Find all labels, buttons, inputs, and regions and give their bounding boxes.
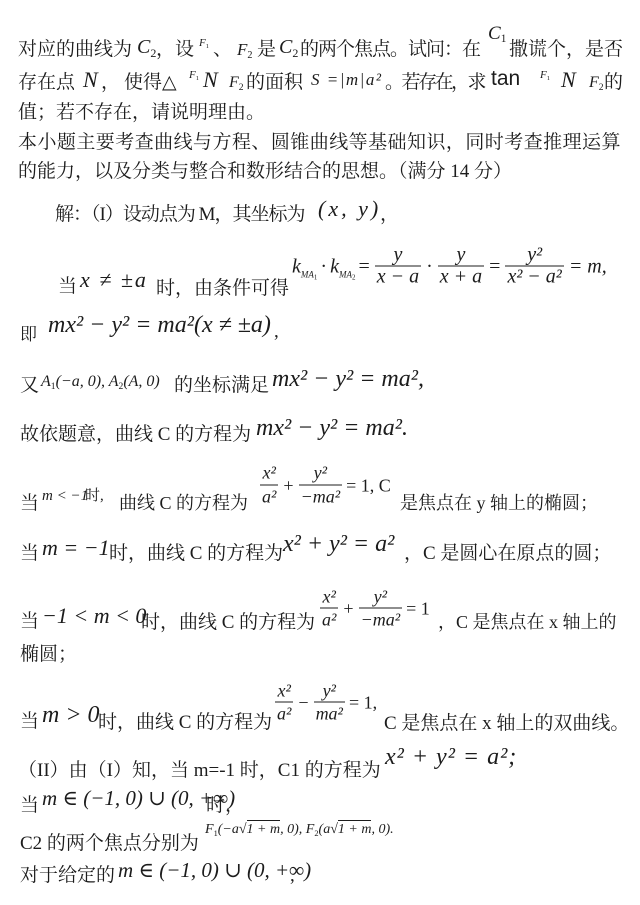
math-coordinate: (A, 0) [123,373,159,390]
solution-text: 曲线 C 的方程为 [119,494,248,512]
math-rhs: = 1 [406,599,430,617]
math-foci-coordinates: F1(−a√1 + m, 0), F2(a√1 + m, 0). [205,823,394,837]
math-fraction: x²a² [260,462,278,509]
math-coordinates: (x, y) [318,198,381,220]
problem-text: 对应的曲线为 [18,40,132,59]
math-subscript: 1 [196,75,199,82]
ellipse-equation: x²a² + y²−ma² = 1 [318,586,430,631]
math-base: F [199,37,206,49]
fraction-numerator: x² [260,462,278,486]
problem-text: 是 [257,40,276,59]
solution-part2-text: 对于给定的 [20,866,115,885]
scoring-note: 本小题主要考查曲线与方程、圆锥曲线等基础知识，同时考查推理运算 [18,133,621,152]
math-focus-f2: F2 [237,41,252,58]
math-point-n: N [203,69,218,91]
math-fraction: x²a² [275,680,293,725]
math-base: F [205,822,214,837]
math-focus-f1: F1 [199,38,209,49]
math-focus-f1: F1 [540,70,550,81]
math-fraction: yx + a [438,245,484,288]
fraction-denominator: −ma² [299,486,343,509]
math-rhs: = 1, [349,693,377,711]
math-base: k [330,255,339,277]
math-subscript: 2 [599,82,604,93]
math-equation: mx² − y² = ma². [256,416,408,440]
math-tan: tan [491,68,520,89]
fraction-denominator: −ma² [359,609,403,631]
math-circle-equation: x² + y² = a² [283,532,394,556]
math-subscript-index: 2 [352,273,356,281]
math-base: C [488,23,501,44]
problem-text: 的面积 [246,73,303,92]
hyperbola-equation: x²a² − y²ma² = 1, [273,680,377,725]
math-slope-ma1: kMA1 [292,256,317,276]
solution-text: 是焦点在 y 轴上的椭圆； [400,494,598,512]
solution-text: 椭圆； [20,645,77,664]
fraction-numerator: y² [314,680,345,703]
fraction-denominator: a² [260,486,278,509]
scoring-note: 的能力，以及分类与整合和数形结合的思想。（满分 14 分） [18,162,512,181]
math-subscript: 1 [206,43,209,50]
solution-part2-text: 时， [206,796,244,815]
fraction-numerator: y² [299,462,343,486]
math-condition: m = −1 [42,537,110,559]
solution-part2-text: 当 [20,796,39,815]
math-subscript: 2 [119,381,124,392]
fraction-denominator: x² − a² [505,267,563,288]
fraction-denominator: a² [275,703,293,725]
math-fraction: y²ma² [314,680,345,725]
math-curve-c2: C2 [279,37,298,57]
sqrt-icon: √ [239,822,247,837]
solution-part2-text: （II）由（I）知，当 m=-1 时，C1 的方程为 [18,761,381,780]
math-base: F [229,74,239,91]
problem-text: 的两个焦点。试问：在 [300,40,480,59]
solution-text: 时，曲线 C 的方程为 [98,713,272,732]
fraction-numerator: y² [359,586,403,609]
math-focus-f1: F1 [189,70,199,81]
fraction-denominator: x − a [375,267,421,288]
fraction-denominator: x + a [438,267,484,288]
fraction-numerator: x² [275,680,293,703]
math-subscript: MA [339,269,352,279]
math-point-n: N [561,69,576,91]
math-condition: x ≠ ±a [80,269,148,291]
solution-text: ，C 是焦点在 x 轴上的 [438,613,617,631]
solution-text: ，C 是圆心在原点的圆； [404,544,611,563]
math-subscript: 1 [501,33,507,45]
math-dot-operator: · [426,256,433,276]
problem-text: 使得△ [124,73,177,92]
document-page: 对应的曲线为 C2 ，设 F1 、 F2 是 C2 的两个焦点。试问：在 C1 … [0,0,640,905]
math-base: k [292,255,301,277]
math-condition: m > 0 [42,703,100,727]
math-plus: + [343,599,353,617]
fraction-numerator: y [438,245,484,267]
problem-text: 、 [213,40,232,59]
math-subscript: 2 [292,46,298,60]
math-dot-operator: · [320,256,327,276]
fraction-numerator: y [375,245,421,267]
math-equation: mx² − y² = ma², [272,367,424,391]
math-coordinate: , 0). [371,822,393,837]
math-focus-f2: F2 [589,75,604,91]
solution-text: 当 [20,544,39,563]
math-plus: + [283,476,293,494]
solution-text: 时, [85,489,104,504]
math-base: F [237,40,247,59]
solution-text: 当 [58,277,77,296]
ellipse-equation: x²a² + y²−ma² = 1, C [258,462,391,509]
solution-text: 当 [20,712,39,731]
solution-text: 的坐标满足 [174,376,269,395]
solution-text: , [274,322,279,341]
math-coordinate: , 0), [280,822,306,837]
math-subscript: MA [301,269,314,279]
math-radicand: 1 + m [338,820,372,837]
math-subscript: 2 [239,82,244,93]
fraction-denominator: a² [320,609,338,631]
sqrt-icon: √ [330,822,338,837]
fraction-numerator: x² [320,586,338,609]
problem-text: ，设 [156,40,194,59]
problem-text: 存在点 [18,73,75,92]
solution-text: 时，曲线 C 的方程为 [109,544,283,563]
problem-text: ， [101,73,120,92]
math-minus: − [298,693,308,711]
solution-text: 当 [20,612,39,631]
math-subscript-index: 1 [314,273,318,281]
math-equation: mx² − y² = ma²(x ≠ ±a) [48,313,271,337]
math-subscript: 1 [214,829,218,838]
math-subscript: 1 [547,75,550,82]
math-base: C [279,36,292,58]
solution-text: ， [380,205,399,224]
math-fraction: y²−ma² [359,586,403,631]
problem-text: 的 [604,73,623,92]
math-base: F [189,69,196,81]
math-curve-c2: C2 [137,37,156,57]
math-fraction: y²x² − a² [505,245,563,288]
problem-text: 撒谎个，是否 [509,40,623,59]
fraction-denominator: ma² [314,703,345,725]
solution-text: 当 [20,494,39,513]
math-result: = m, [569,256,607,276]
math-coordinate: (−a [218,822,239,837]
solution-text: 故依题意，曲线 C 的方程为 [20,425,251,444]
fraction-numerator: y² [505,245,563,267]
math-base: A [109,373,119,390]
math-fraction: y²−ma² [299,462,343,509]
math-circle-equation: x² + y² = a²; [385,745,517,769]
math-rhs: = 1, C [346,476,391,494]
solution-part2-text: , [290,866,295,885]
solution-text: 时，由条件可得 [156,279,289,298]
math-area-formula: S =|m|a² [311,71,382,88]
math-base: F [540,69,547,81]
solution-text: 解：（I）设动点为 M，其坐标为 [55,205,304,224]
math-points-a1-a2: A1(−a, 0), A2(A, 0) [41,374,160,390]
math-fraction: yx − a [375,245,421,288]
math-subscript: 2 [314,829,318,838]
math-point-n: N [83,69,98,91]
solution-text: C 是焦点在 x 轴上的双曲线。 [384,714,629,733]
math-coordinate: (−a, 0), [56,373,109,390]
math-base: A [41,373,51,390]
math-equals: = [358,256,369,276]
solution-part2-text: C2 的两个焦点分别为 [20,834,199,853]
solution-text: 即 [20,326,37,343]
slope-product-equation: kMA1 · kMA2 = yx − a · yx + a = y²x² − a… [292,245,607,288]
math-slope-ma2: kMA2 [330,256,355,276]
math-condition: −1 < m < 0 [42,605,146,627]
math-condition: m < −1 [42,489,88,504]
problem-text: 值；若不存在，请说明理由。 [18,103,265,122]
math-base: F [589,74,599,91]
math-coordinate: (a [319,822,331,837]
math-focus-f2: F2 [229,75,244,91]
math-curve-c1: C1 [488,24,506,43]
math-subscript: 1 [51,381,56,392]
math-radicand: 1 + m [247,820,281,837]
math-equals: = [489,256,500,276]
math-fraction: x²a² [320,586,338,631]
problem-text: 。若存在，求 [385,73,484,92]
math-subscript: 2 [247,50,252,61]
math-range: m ∈ (−1, 0) ∪ (0, +∞) [118,860,311,881]
math-base: C [137,36,150,58]
solution-text: 又 [20,376,39,395]
solution-text: 时，曲线 C 的方程为 [141,613,315,632]
